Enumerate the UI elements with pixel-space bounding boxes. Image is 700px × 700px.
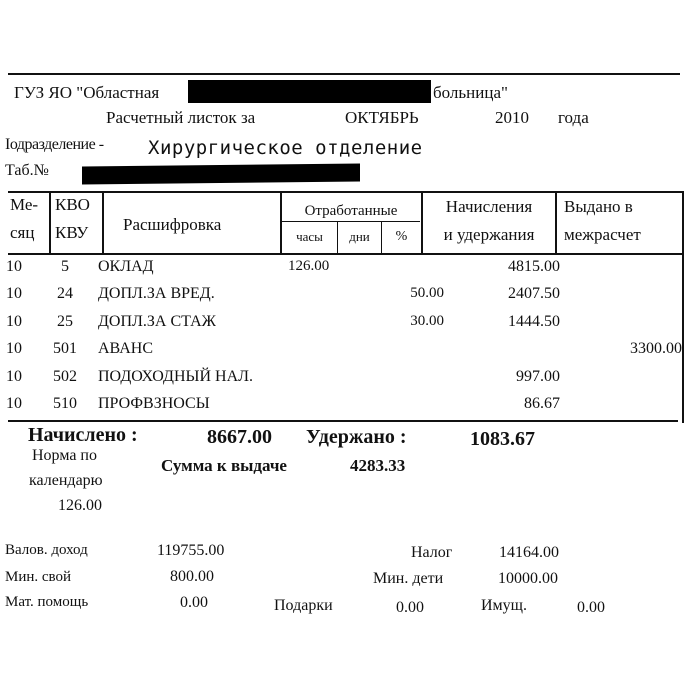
- cell-code: 5: [45, 258, 85, 276]
- gifts-label: Подарки: [274, 597, 333, 615]
- redacted-tab-number: [82, 164, 360, 185]
- header-amounts: Начисления и удержания: [423, 196, 555, 246]
- header-code-line2: КВУ: [55, 222, 90, 244]
- cell-description: ДОПЛ.ЗА СТАЖ: [98, 313, 278, 331]
- accrued-value: 8667.00: [207, 426, 272, 449]
- table-right-border: [682, 191, 684, 423]
- org-name-suffix: больница": [433, 83, 508, 103]
- cell-amount: 86.67: [470, 395, 560, 413]
- department-value: Хирургическое отделение: [148, 137, 423, 159]
- top-rule: [8, 73, 680, 75]
- redacted-org-name: [188, 80, 431, 103]
- min-own-label: Мин. свой: [5, 569, 71, 586]
- header-code-line1: КВО: [55, 194, 90, 216]
- cell-paid: 3300.00: [590, 340, 682, 358]
- accrued-label: Начислено :: [28, 424, 138, 447]
- norm-label-line2: календарю: [29, 472, 103, 490]
- header-days: дни: [338, 226, 381, 248]
- tab-number-label: Таб.№: [5, 162, 49, 180]
- cell-description: АВАНС: [98, 340, 278, 358]
- header-month: Ме- сяц: [10, 194, 38, 244]
- cell-month: 10: [6, 340, 36, 358]
- cell-month: 10: [6, 285, 36, 303]
- cell-month: 10: [6, 368, 36, 386]
- cell-description: ОКЛАД: [98, 258, 278, 276]
- cell-month: 10: [6, 258, 36, 276]
- min-children-value: 10000.00: [498, 570, 558, 588]
- cell-code: 501: [45, 340, 85, 358]
- payout-label: Сумма к выдаче: [161, 456, 287, 476]
- cell-percent: 50.00: [380, 285, 444, 302]
- slip-year: 2010: [495, 108, 529, 128]
- property-value: 0.00: [577, 599, 605, 617]
- payout-value: 4283.33: [350, 456, 405, 476]
- norm-label-line1: Норма по: [32, 447, 97, 465]
- material-aid-value: 0.00: [180, 594, 208, 612]
- cell-month: 10: [6, 395, 36, 413]
- header-paid: Выдано в межрасчет: [564, 196, 641, 246]
- cell-description: ДОПЛ.ЗА ВРЕД.: [98, 285, 278, 303]
- col-divider-7: [555, 191, 557, 254]
- header-amounts-line2: и удержания: [423, 224, 555, 246]
- col-divider-1: [49, 191, 51, 254]
- header-description: Расшифровка: [123, 214, 221, 236]
- department-label: Iодразделение -: [5, 136, 104, 154]
- cell-percent: 30.00: [380, 313, 444, 330]
- header-month-line1: Ме-: [10, 194, 38, 216]
- norm-value: 126.00: [58, 497, 102, 515]
- header-paid-line2: межрасчет: [564, 224, 641, 246]
- header-month-line2: сяц: [10, 222, 38, 244]
- cell-amount: 1444.50: [470, 313, 560, 331]
- cell-hours: 126.00: [288, 258, 348, 275]
- slip-month: ОКТЯБРЬ: [345, 108, 419, 128]
- min-own-value: 800.00: [170, 568, 214, 586]
- gross-income-value: 119755.00: [157, 542, 224, 560]
- gifts-value: 0.00: [396, 599, 424, 617]
- withheld-label: Удержано :: [306, 426, 407, 449]
- cell-amount: 4815.00: [470, 258, 560, 276]
- cell-code: 502: [45, 368, 85, 386]
- cell-month: 10: [6, 313, 36, 331]
- org-name-prefix: ГУЗ ЯО "Областная: [14, 83, 159, 103]
- header-percent: %: [382, 226, 421, 248]
- header-paid-line1: Выдано в: [564, 196, 641, 218]
- cell-code: 24: [45, 285, 85, 303]
- table-bottom-border: [8, 420, 678, 422]
- cell-description: ПОДОХОДНЫЙ НАЛ.: [98, 368, 278, 386]
- material-aid-label: Мат. помощь: [5, 594, 88, 611]
- cell-description: ПРОФВЗНОСЫ: [98, 395, 278, 413]
- gross-income-label: Валов. доход: [5, 542, 88, 559]
- table-header-bottom-border: [8, 253, 684, 255]
- cell-code: 25: [45, 313, 85, 331]
- cell-amount: 997.00: [470, 368, 560, 386]
- tax-value: 14164.00: [499, 544, 559, 562]
- header-hours: часы: [282, 226, 337, 248]
- cell-code: 510: [45, 395, 85, 413]
- cell-amount: 2407.50: [470, 285, 560, 303]
- tax-label: Налог: [411, 544, 452, 562]
- header-code: КВО КВУ: [55, 194, 90, 244]
- property-label: Имущ.: [481, 597, 527, 615]
- slip-year-suffix: года: [558, 108, 589, 128]
- slip-title-label: Расчетный листок за: [106, 108, 255, 128]
- withheld-value: 1083.67: [470, 428, 535, 451]
- col-divider-2: [102, 191, 104, 254]
- min-children-label: Мин. дети: [373, 570, 443, 588]
- header-worked: Отработанные: [282, 200, 420, 222]
- header-amounts-line1: Начисления: [423, 196, 555, 218]
- table-top-border: [8, 191, 684, 193]
